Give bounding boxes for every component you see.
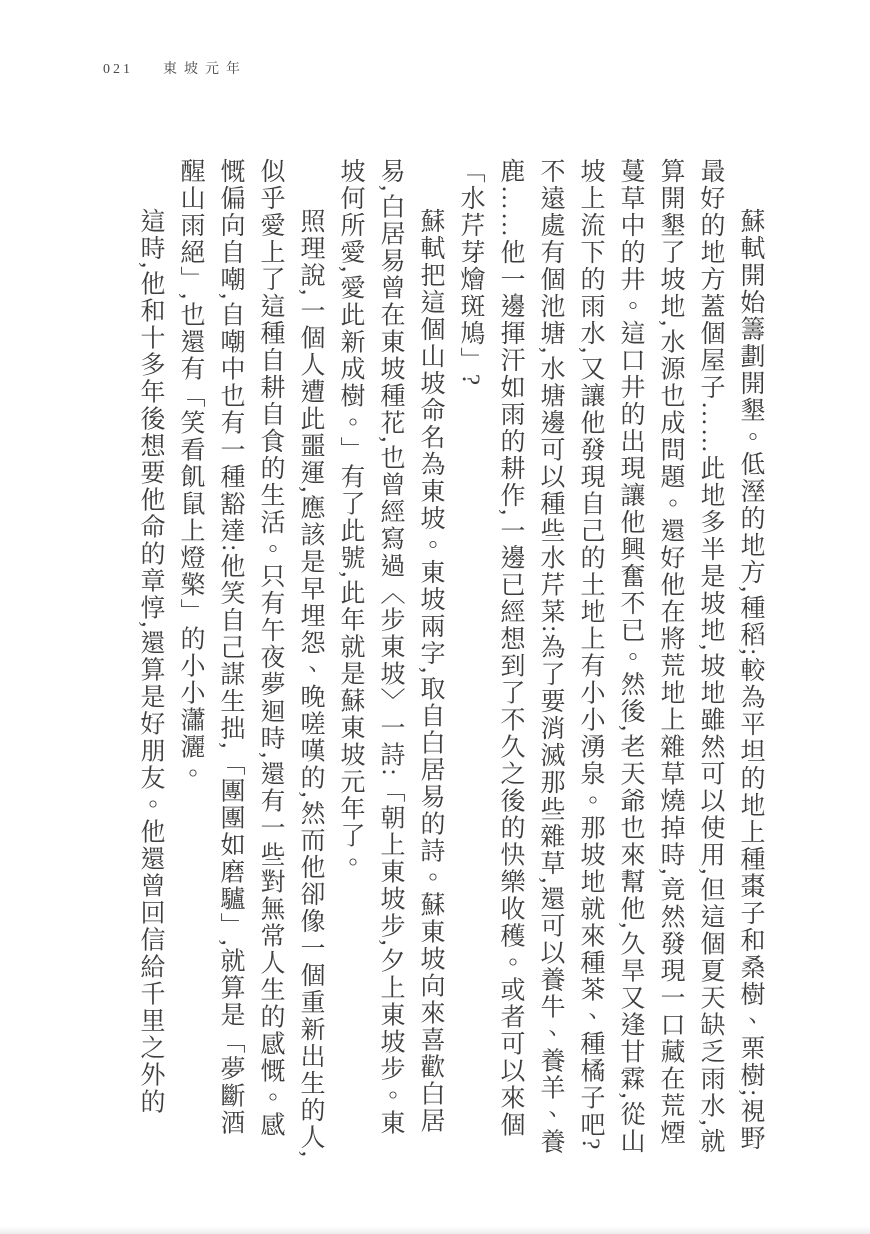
page-header: 021 東坡元年 — [103, 58, 247, 78]
body-text: 蘇軾開始籌劃開墾。低溼的地方,種稻;較為平坦的地上種棗子和桑樹、栗樹;視野最好的… — [130, 158, 770, 1160]
paragraph-2: 蘇軾把這個山坡命名為東坡。東坡兩字,取自白居易的詩。蘇東坡向來喜歡白居易,白居易… — [330, 158, 450, 1160]
page-bottom-edge — [0, 1226, 870, 1234]
chapter-title: 東坡元年 — [163, 58, 247, 78]
paragraph-3: 照理說,一個人遭此噩運,應該是早埋怨、晚嗟嘆的,然而他卻像一個重新出生的人,似乎… — [170, 158, 330, 1160]
paragraph-4: 這時,他和十多年後想要他命的章惇,還算是好朋友。他還曾回信給千里之外的 — [130, 158, 170, 1160]
paragraph-1: 蘇軾開始籌劃開墾。低溼的地方,種稻;較為平坦的地上種棗子和桑樹、栗樹;視野最好的… — [450, 158, 770, 1160]
page-number: 021 — [103, 62, 133, 78]
book-page: 021 東坡元年 蘇軾開始籌劃開墾。低溼的地方,種稻;較為平坦的地上種棗子和桑樹… — [0, 0, 870, 1234]
